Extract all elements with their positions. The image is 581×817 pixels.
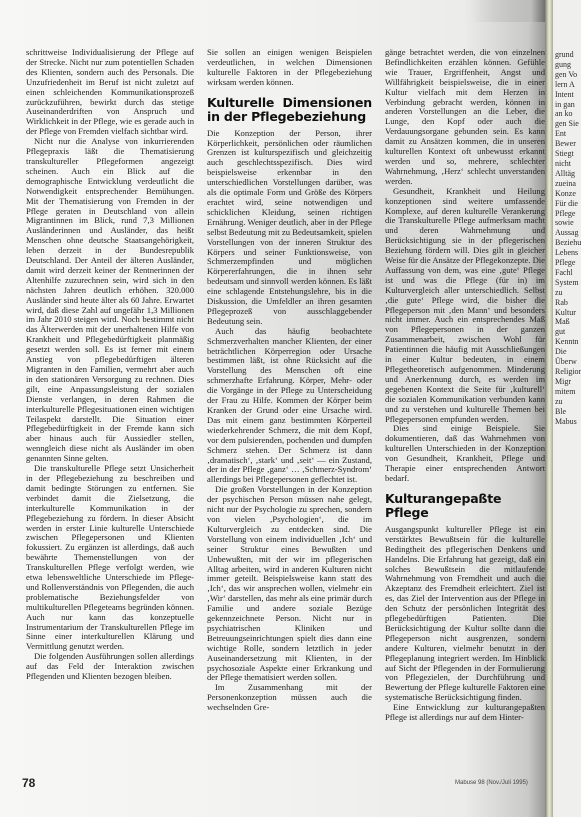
page-number: 78 [22,776,35,790]
facing-text-fragment: Ent [555,129,581,139]
text-column-2: Sie sollen an einigen wenigen Beispielen… [207,48,372,713]
facing-text-fragment: gen Vo [555,70,581,80]
facing-page-edge: grundgunggen Volern AIntentin ganan koge… [553,0,581,817]
facing-text-fragment: Alltäg [555,169,581,179]
facing-text-fragment: Aussag [555,228,581,238]
facing-text-fragment: in gan [555,100,581,110]
paragraph: schrittweise Individualisierung der Pfle… [26,48,194,137]
facing-text-fragment: Die [555,347,581,357]
text-column-1: schrittweise Individualisierung der Pfle… [26,48,194,682]
facing-text-fragment: gung [555,60,581,70]
paragraph: Sie sollen an einigen wenigen Beispielen… [207,48,372,88]
facing-text-fragment: Überw [555,357,581,367]
magazine-page: schrittweise Individualisierung der Pfle… [0,0,545,817]
facing-text-fragment: Beziehung [555,238,581,248]
paragraph: Die Konzeption der Person, ihrer Körperl… [207,129,372,327]
section-heading: Kulturangepaßte Pflege [385,492,545,520]
facing-text-fragment: Rab [555,298,581,308]
paragraph: Eine Entwicklung zur kulturangepaßten Pf… [385,703,545,723]
facing-text-fragment: Ble [555,407,581,417]
facing-text-fragment: Kultur [555,308,581,318]
paragraph: Ausgangspunkt kultureller Pflege ist ein… [385,525,545,703]
paragraph: Gesundheit, Krankheit und Heilung konzep… [385,187,545,425]
facing-text-fragment: grund [555,50,581,60]
footer-citation: Mabuse 98 (Nov./Juli 1995) [455,780,528,786]
facing-text-fragment: an ko [555,109,581,119]
facing-page-text: grundgunggen Volern AIntentin ganan koge… [553,50,581,426]
paragraph: Nicht nur die Analyse von inkurrierenden… [26,137,194,464]
facing-text-fragment: Fachl [555,268,581,278]
paragraph: Dies sind einige Beispiele. Sie dokument… [385,424,545,483]
paragraph: Die folgenden Ausführungen sollen allerd… [26,652,194,682]
facing-text-fragment: Migr [555,377,581,387]
facing-text-fragment: mitem [555,387,581,397]
facing-text-fragment: Kenntn [555,337,581,347]
facing-text-fragment: Religion [555,367,581,377]
facing-text-fragment: zueina [555,179,581,189]
facing-text-fragment: Lebens [555,248,581,258]
facing-text-fragment: Konze [555,189,581,199]
facing-text-fragment: Maß [555,317,581,327]
paragraph: Die großen Vorstellungen in der Konzepti… [207,485,372,683]
text-column-3: gänge betrachtet werden, die von einzeln… [385,48,545,723]
paragraph: Auch das häufig beobachtete Schmerzverha… [207,327,372,486]
facing-text-fragment: zu [555,397,581,407]
facing-text-fragment: Intent [555,90,581,100]
facing-text-fragment: Mabus [555,417,581,427]
paragraph: Die transkulturelle Pflege setzt Unsiche… [26,464,194,652]
facing-text-fragment: Bewer [555,139,581,149]
paragraph: gänge betrachtet werden, die von einzeln… [385,48,545,187]
facing-text-fragment: Pflege [555,209,581,219]
facing-text-fragment: gen Sie [555,119,581,129]
facing-text-fragment: lern A [555,80,581,90]
facing-text-fragment: Stiegt [555,149,581,159]
book-gutter [545,0,553,817]
facing-text-fragment: sowie [555,218,581,228]
facing-text-fragment: gut [555,327,581,337]
facing-text-fragment: Für die [555,199,581,209]
facing-text-fragment: zu [555,288,581,298]
section-heading: Kulturelle Dimensionen in der Pflegebezi… [207,96,372,124]
paragraph: Im Zusammenhang mit der Personenkonzepti… [207,683,372,713]
facing-text-fragment: Pflege [555,258,581,268]
facing-text-fragment: nicht [555,159,581,169]
facing-text-fragment: System [555,278,581,288]
